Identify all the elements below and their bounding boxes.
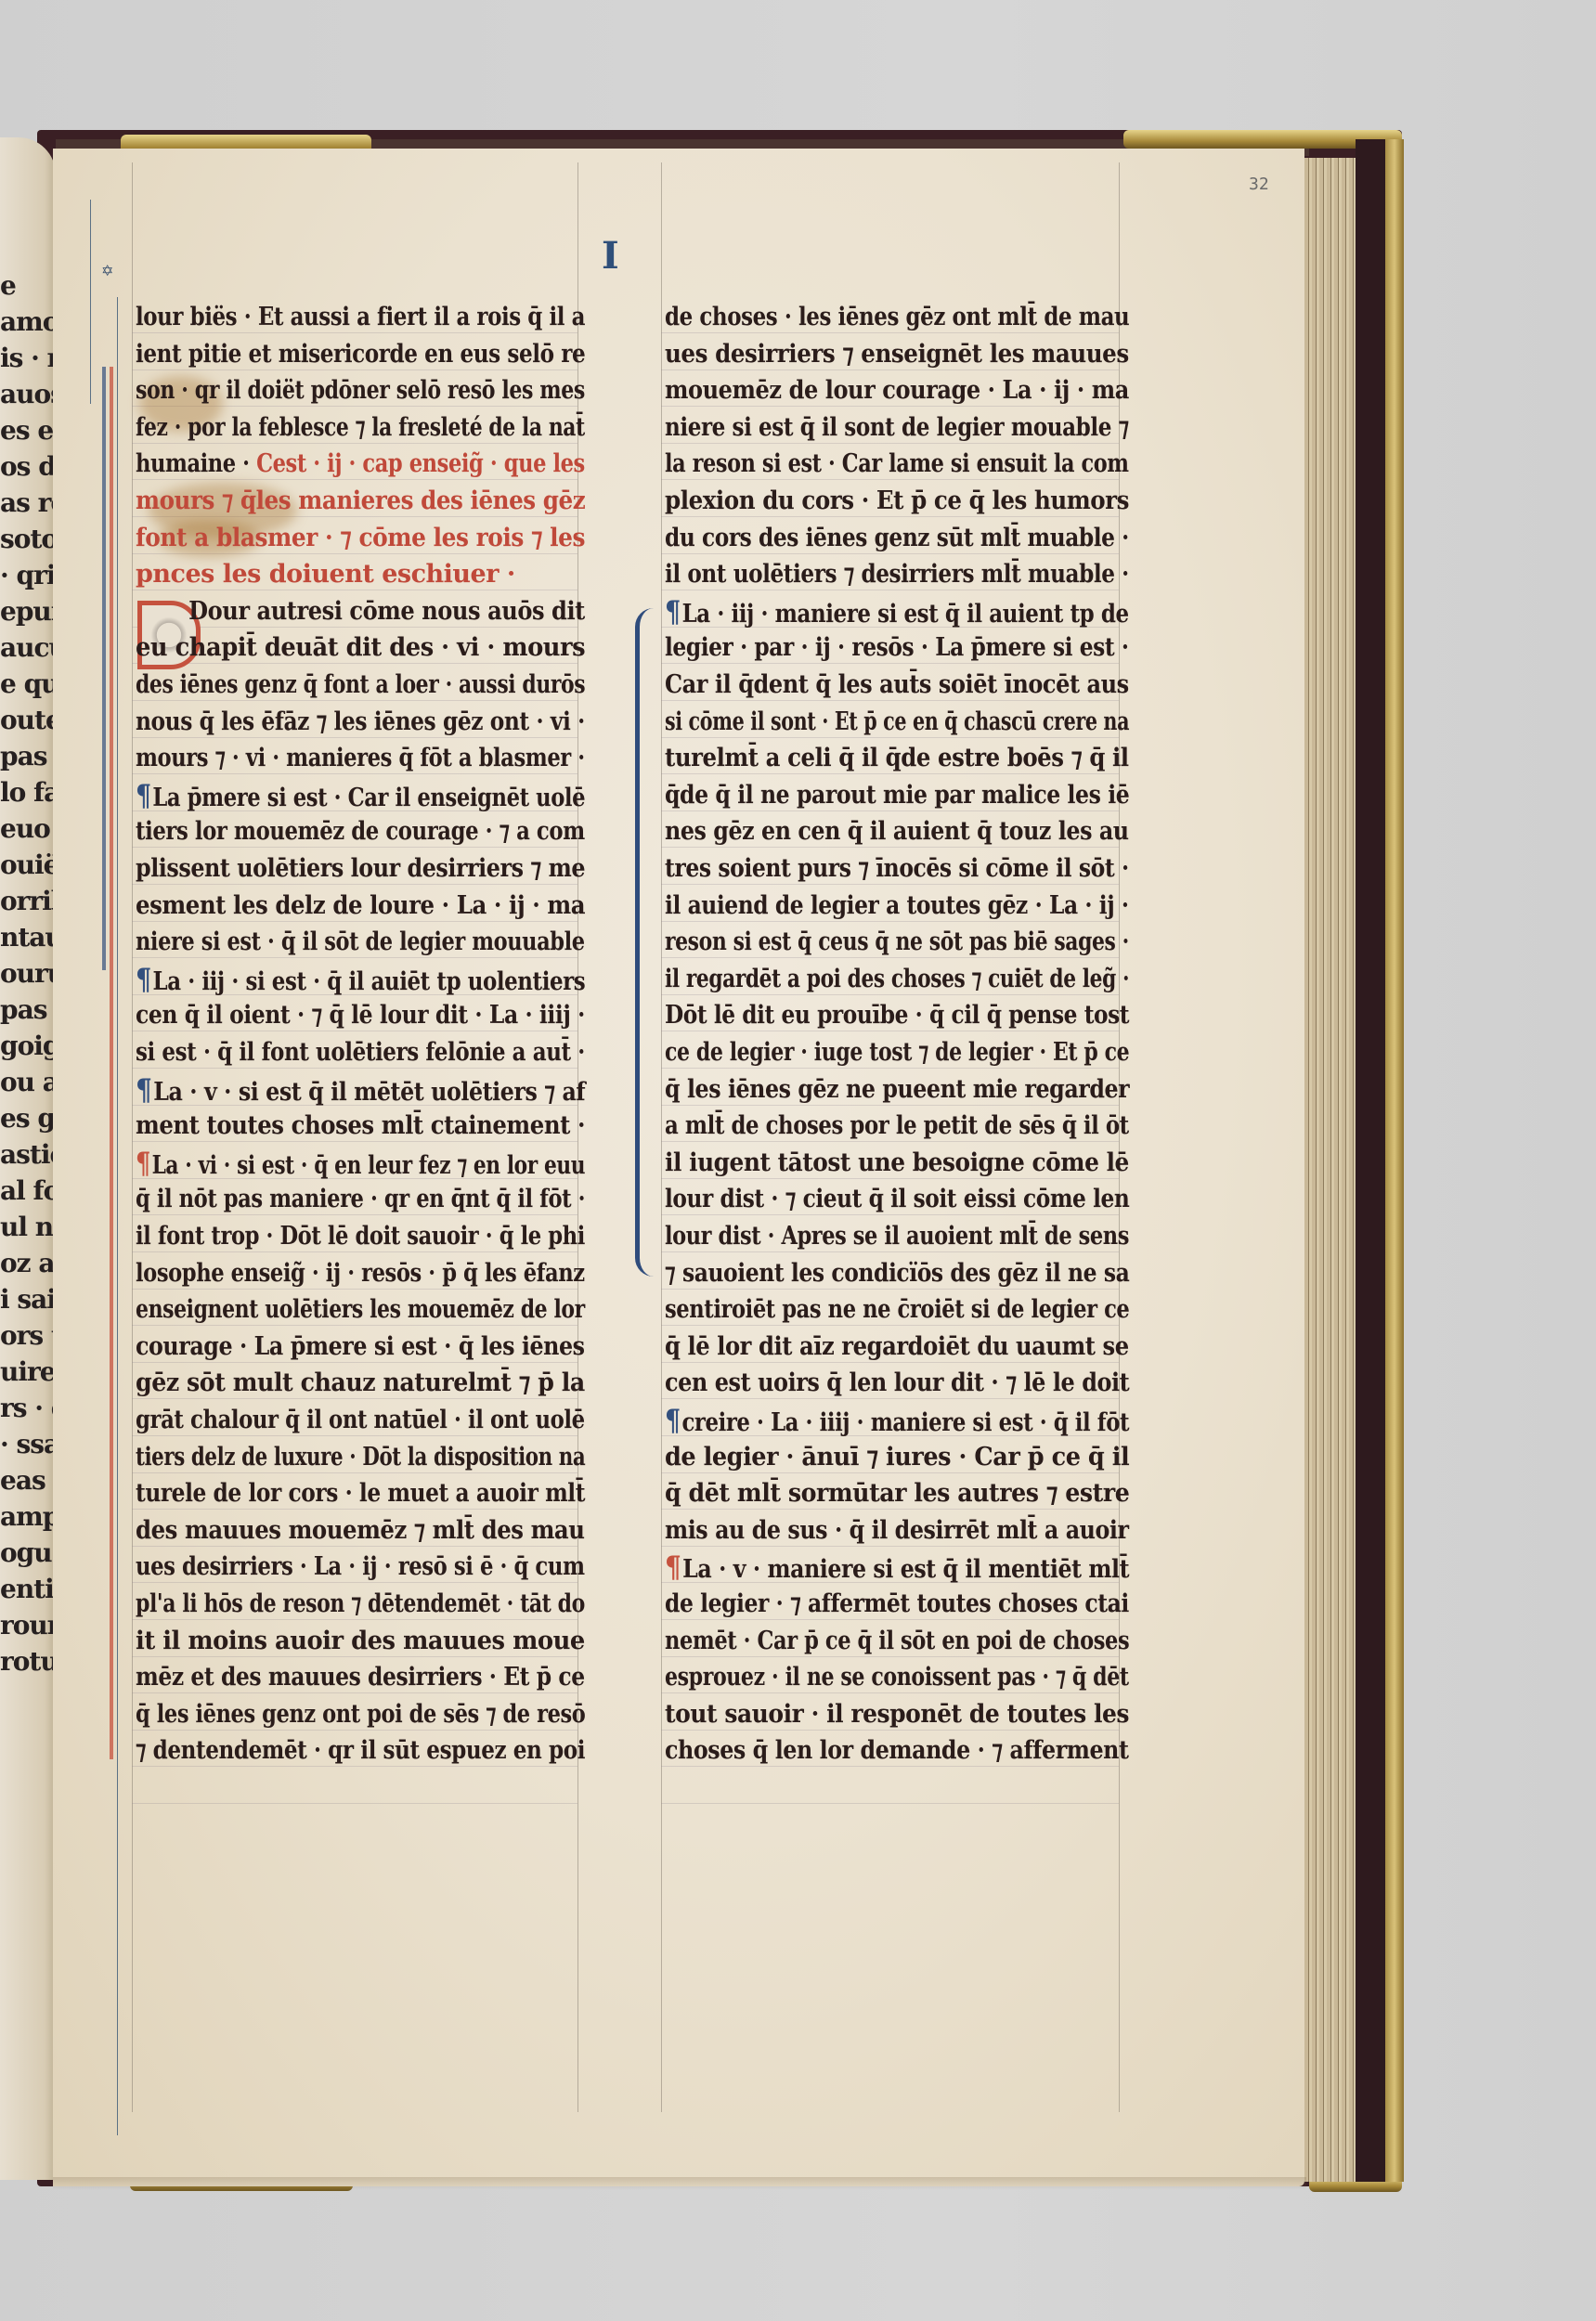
line-text: nemēt · Car p̄ ce q̄ il sōt en poi de ch… — [665, 1627, 1129, 1655]
line-text: ues desirriers ⁊ enseignēt les mauues — [665, 340, 1129, 369]
left-border-pen-line — [117, 297, 118, 2135]
text-line: q̄de q̄ il ne parout mie par malice les … — [665, 777, 1129, 814]
line-text: ⁊ sauoient les condicïōs des gēz il ne s… — [665, 1259, 1129, 1288]
text-line: ce de legier · iuge tost ⁊ de legier · E… — [665, 1034, 1129, 1071]
line-text: la reson si est · Car lame si ensuit la … — [665, 449, 1129, 478]
previous-page-text-fragment: rs · e — [0, 1394, 52, 1422]
star-ornament-icon: ✡ — [101, 262, 113, 279]
line-text: fez · por la feblesce ⁊ la fresleté de l… — [136, 413, 585, 442]
previous-page-text-fragment: al forv — [0, 1177, 52, 1205]
line-text: esprouez · il ne se conoissent pas · ⁊ q… — [665, 1663, 1129, 1692]
line-text: legier · par · ij · resōs · La p̄mere si… — [665, 633, 1129, 662]
text-line: esprouez · il ne se conoissent pas · ⁊ q… — [665, 1659, 1129, 1696]
ruling-vertical — [661, 162, 662, 2112]
line-text: ⁊ dentendemēt · qr il sūt espuez en poi — [136, 1736, 585, 1765]
previous-page-fragment: eamouris · rougauos dires enfanos dursas… — [0, 137, 56, 2180]
text-line: turele de lor cors · le muet a auoir mlt… — [136, 1475, 585, 1512]
previous-page-text-fragment: epuiët — [0, 598, 52, 626]
previous-page-text-fragment: goigne — [0, 1032, 52, 1060]
text-line: nous q̄ les ēfāz ⁊ les iēnes gēz ont · v… — [136, 704, 585, 741]
text-line: a mlt̄ de choses por le petit de sēs q̄ … — [665, 1108, 1129, 1145]
previous-page-text-fragment: auos dir — [0, 381, 52, 408]
text-line: ues desirriers · La · ij · resō si ē · q… — [136, 1549, 585, 1586]
blue-paragraph-mark: ¶ — [665, 593, 681, 630]
text-line: humaine · Cest · ij · cap enseig̃ · que … — [136, 446, 585, 483]
line-text: q̄de q̄ il ne parout mie par malice les … — [665, 781, 1129, 810]
text-line: ¶La · iij · si est · q̄ il auiēt tp uole… — [136, 961, 585, 998]
line-text: turelmt̄ a celi q̄ il q̄de estre boēs ⁊ … — [665, 744, 1129, 772]
text-line: niere si est · q̄ il sōt de legier mouua… — [136, 924, 585, 961]
line-text: tiers lor mouemēz de courage · ⁊ a com — [136, 817, 585, 846]
line-text: creire · La · iiij · maniere si est · q̄… — [681, 1408, 1129, 1437]
previous-page-text-fragment: aucuns — [0, 634, 52, 662]
text-line: plissent uolētiers lour desirriers ⁊ me — [136, 850, 585, 888]
left-border-red-bar — [110, 367, 113, 1759]
text-line: it il moins auoir des mauues moue — [136, 1623, 585, 1660]
previous-page-text-fragment: i sai — [0, 1286, 52, 1314]
text-line: tout sauoir · il responēt de toutes les — [665, 1696, 1129, 1733]
text-line: reson si est q̄ ceus q̄ ne sōt pas biē s… — [665, 924, 1129, 961]
text-line: turelmt̄ a celi q̄ il q̄de estre boēs ⁊ … — [665, 740, 1129, 777]
text-line: ⁊ dentendemēt · qr il sūt espuez en poi — [136, 1732, 585, 1770]
text-line: mours ⁊ q̄les manieres des iēnes gēz — [136, 483, 585, 520]
line-text: tiers delz de luxure · Dōt la dispositio… — [136, 1443, 585, 1472]
page-bottom-shadow — [53, 2177, 1306, 2190]
text-line: de legier · ānuī ⁊ iures · Car p̄ ce q̄ … — [665, 1439, 1129, 1476]
text-line: son · qr il doiët pdōner selō resō les m… — [136, 372, 585, 409]
blue-paragraph-mark: ¶ — [136, 1071, 151, 1109]
line-text: mis au de sus · q̄ il desirrēt mlt̄ a au… — [665, 1516, 1129, 1545]
previous-page-text-fragment: es enfan — [0, 417, 52, 445]
previous-page-text-fragment: es grib — [0, 1105, 52, 1133]
line-text: lour dist · ⁊ cieut q̄ il soit eissi cōm… — [665, 1185, 1129, 1213]
line-text: il regardēt a poi des choses ⁊ cuiēt de … — [665, 965, 1129, 993]
previous-page-text-fragment: ogu — [0, 1539, 52, 1567]
line-text: sentiroiēt pas ne ne c̄roiēt si de legie… — [665, 1295, 1129, 1324]
line-text: pnces les doiuent eschiuer · — [136, 560, 515, 589]
text-line: nes gēz en cen q̄ il auient q̄ touz les … — [665, 813, 1129, 850]
line-text: lour biës · Et aussi a fiert il a rois q… — [136, 303, 585, 331]
previous-page-text-fragment: pas ë e — [0, 996, 52, 1024]
red-paragraph-mark: ¶ — [136, 1145, 150, 1182]
line-text: niere si est · q̄ il sōt de legier mouua… — [136, 927, 585, 956]
line-text: esment les delz de loure · La · ij · ma — [136, 891, 585, 920]
line-text: son · qr il doiët pdōner selō resō les m… — [136, 376, 585, 405]
previous-page-text-fragment: pas estr — [0, 743, 52, 771]
text-line: q̄ lē lor dit aīz regardoiēt du uaumt se — [665, 1329, 1129, 1366]
line-text: Dōt lē dit eu prouībe · q̄ cil q̄ pense … — [665, 1001, 1129, 1030]
ruling-line — [661, 1803, 1119, 1804]
text-line: lour biës · Et aussi a fiert il a rois q… — [136, 299, 585, 336]
text-line: gēz sōt mult chauz naturelmt̄ ⁊ p̄ la — [136, 1365, 585, 1402]
text-line: tiers lor mouemēz de courage · ⁊ a com — [136, 813, 585, 850]
text-line: il ont uolētiers ⁊ desirriers mlt̄ muabl… — [665, 556, 1129, 593]
line-text: tres soient purs ⁊ īnocēs si cōme il sōt… — [665, 854, 1129, 883]
line-text: ient pitie et misericorde en eus selō re — [136, 340, 585, 369]
line-text: eu chapit̄ deuāt dit des · vi · mours — [136, 633, 585, 662]
line-text: il auiend de legier a toutes gēz · La · … — [665, 891, 1129, 920]
text-line: ¶La · v · si est q̄ il mētēt uolētiers ⁊… — [136, 1071, 585, 1109]
previous-page-text-fragment: sotoië — [0, 525, 52, 553]
line-text: reson si est q̄ ceus q̄ ne sōt pas biē s… — [665, 927, 1129, 956]
text-line: courage · La p̄mere si est · q̄ les iēne… — [136, 1329, 585, 1366]
line-text: a mlt̄ de choses por le petit de sēs q̄ … — [665, 1111, 1129, 1140]
previous-page-text-fragment: euo suff — [0, 815, 52, 843]
blue-paragraph-mark: ¶ — [665, 1402, 681, 1439]
text-line: il auiend de legier a toutes gēz · La · … — [665, 888, 1129, 925]
text-line: mis au de sus · q̄ il desirrēt mlt̄ a au… — [665, 1512, 1129, 1549]
text-line: q̄ les iēnes genz ont poi de sēs ⁊ de re… — [136, 1696, 585, 1733]
previous-page-text-fragment: entie — [0, 1575, 52, 1603]
line-text: q̄ les iēnes gēz ne pueent mie regarder — [665, 1075, 1129, 1104]
line-text: humaine · — [136, 449, 256, 478]
text-line: lour dist · Apres se il auoient mlt̄ de … — [665, 1218, 1129, 1255]
text-line: cen est uoirs q̄ len lour dit · ⁊ lē le … — [665, 1365, 1129, 1402]
text-line: Dōt lē dit eu prouībe · q̄ cil q̄ pense … — [665, 997, 1129, 1034]
line-text: de legier · ānuī ⁊ iures · Car p̄ ce q̄ … — [665, 1443, 1129, 1472]
line-text: des mauues mouemēz ⁊ mlt̄ des mau — [136, 1516, 585, 1545]
previous-page-text-fragment: rotu — [0, 1648, 52, 1676]
text-line: du cors des iēnes genz sūt mlt̄ muable · — [665, 520, 1129, 557]
line-text: it il moins auoir des mauues moue — [136, 1627, 585, 1655]
previous-page-text-fragment: ors ui — [0, 1322, 52, 1350]
line-text: q̄ lē lor dit aīz regardoiēt du uaumt se — [665, 1332, 1129, 1361]
line-text: il font trop · Dōt lē doit sauoir · q̄ l… — [136, 1222, 585, 1251]
previous-page-text-fragment: ntaume — [0, 924, 52, 952]
text-line: losophe enseig̃ · ij · resōs · p̄ q̄ les… — [136, 1255, 585, 1292]
text-line: de legier · ⁊ affermēt toutes choses cta… — [665, 1586, 1129, 1623]
text-line: plexion du cors · Et p̄ ce q̄ les humors — [665, 483, 1129, 520]
text-line: des iēnes genz q̄ font a loer · aussi du… — [136, 667, 585, 704]
line-text: de legier · ⁊ affermēt toutes choses cta… — [665, 1589, 1129, 1618]
previous-page-text-fragment: lo famu — [0, 779, 52, 807]
line-text: losophe enseig̃ · ij · resōs · p̄ q̄ les… — [136, 1259, 585, 1288]
previous-page-text-fragment: e qui — [0, 670, 52, 698]
running-head-numeral: I — [602, 234, 619, 278]
line-text: La p̄mere si est · Car il enseignēt uolē — [152, 784, 585, 812]
line-text: cen est uoirs q̄ len lour dit · ⁊ lē le … — [665, 1368, 1129, 1397]
line-text: plexion du cors · Et p̄ ce q̄ les humors — [665, 486, 1129, 515]
text-line: pnces les doiuent eschiuer · — [136, 556, 515, 593]
text-line: nemēt · Car p̄ ce q̄ il sōt en poi de ch… — [665, 1623, 1129, 1660]
previous-page-text-fragment: orribler — [0, 888, 52, 915]
previous-page-text-fragment: rour — [0, 1612, 52, 1640]
text-line: q̄ les iēnes gēz ne pueent mie regarder — [665, 1071, 1129, 1109]
line-text: ment toutes choses mlt̄ ctainement · — [136, 1111, 585, 1140]
text-line: ¶La · vi · si est · q̄ en leur fez ⁊ en … — [136, 1145, 585, 1182]
text-line: eu chapit̄ deuāt dit des · vi · mours — [136, 629, 585, 667]
text-line: ⁊ sauoient les condicïōs des gēz il ne s… — [665, 1255, 1129, 1292]
text-line: q̄ il nōt pas maniere · qr en q̄nt q̄ il… — [136, 1181, 585, 1218]
previous-page-text-fragment: e — [0, 272, 52, 300]
blue-paragraph-mark: ¶ — [136, 777, 151, 814]
line-text: cen q̄ il oient · ⁊ q̄ lē lour dit · La … — [136, 1001, 585, 1030]
line-text: mours ⁊ · vi · manieres q̄ fōt a blasmer… — [136, 744, 585, 772]
line-text: q̄ les iēnes genz ont poi de sēs ⁊ de re… — [136, 1700, 585, 1729]
line-text: turele de lor cors · le muet a auoir mlt… — [136, 1479, 585, 1508]
line-text: La · vi · si est · q̄ en leur fez ⁊ en l… — [152, 1151, 586, 1180]
text-line: legier · par · ij · resōs · La p̄mere si… — [665, 629, 1129, 667]
line-text: q̄ il nōt pas maniere · qr en q̄nt q̄ il… — [136, 1185, 585, 1213]
text-line: pl'a li hōs de reson ⁊ dētendemēt · tāt … — [136, 1586, 585, 1623]
text-line: cen q̄ il oient · ⁊ q̄ lē lour dit · La … — [136, 997, 585, 1034]
text-line: la reson si est · Car lame si ensuit la … — [665, 446, 1129, 483]
text-line: mēz et des mauues desirriers · Et p̄ ce — [136, 1659, 585, 1696]
line-text: courage · La p̄mere si est · q̄ les iēne… — [136, 1332, 585, 1361]
previous-page-text-fragment: · qrilsou — [0, 562, 52, 590]
ruling-vertical — [132, 162, 133, 2112]
text-line: si est · q̄ il font uolētiers felōnie a … — [136, 1034, 585, 1071]
text-line: tiers delz de luxure · Dōt la dispositio… — [136, 1439, 585, 1476]
line-text: grāt chalour q̄ il ont natūel · il ont u… — [136, 1406, 585, 1434]
line-text: mēz et des mauues desirriers · Et p̄ ce — [136, 1663, 585, 1692]
text-line: q̄ dēt mlt̄ sormūtar les autres ⁊ estre — [665, 1475, 1129, 1512]
text-line: ¶La · iij · maniere si est q̄ il auient … — [665, 593, 1129, 630]
text-line: fez · por la feblesce ⁊ la fresleté de l… — [136, 409, 585, 447]
previous-page-text-fragment: amour — [0, 308, 52, 336]
text-line: sentiroiēt pas ne ne c̄roiēt si de legie… — [665, 1291, 1129, 1329]
previous-page-text-fragment: ul nep — [0, 1213, 52, 1241]
text-line: ¶La p̄mere si est · Car il enseignēt uol… — [136, 777, 585, 814]
blue-paragraph-mark: ¶ — [136, 961, 151, 998]
line-text: La · v · maniere si est q̄ il mentiēt ml… — [682, 1555, 1129, 1584]
line-text: font a blasmer · ⁊ cōme les rois ⁊ les — [136, 524, 585, 552]
line-text: il iugent tātost une besoigne cōme lē — [665, 1148, 1129, 1177]
text-line: ment toutes choses mlt̄ ctainement · — [136, 1108, 585, 1145]
rubric-text: Cest · ij · cap enseig̃ · que les — [256, 449, 585, 478]
line-text: il ont uolētiers ⁊ desirriers mlt̄ muabl… — [665, 560, 1129, 589]
previous-page-text-fragment: eas ga — [0, 1467, 52, 1495]
line-text: gēz sōt mult chauz naturelmt̄ ⁊ p̄ la — [136, 1368, 585, 1397]
line-text: Dour autresi cōme nous auōs dit — [188, 597, 585, 626]
previous-page-text-fragment: oz alo — [0, 1250, 52, 1277]
line-text: ce de legier · iuge tost ⁊ de legier · E… — [665, 1038, 1129, 1067]
text-line: grāt chalour q̄ il ont natūel · il ont u… — [136, 1402, 585, 1439]
previous-page-text-fragment: as rois — [0, 489, 52, 517]
folio-number: 32 — [1249, 175, 1269, 194]
line-text: choses q̄ len lor demande · ⁊ afferment — [665, 1736, 1129, 1765]
line-text: q̄ dēt mlt̄ sormūtar les autres ⁊ estre — [665, 1479, 1129, 1508]
line-text: si est · q̄ il font uolētiers felōnie a … — [136, 1038, 585, 1067]
text-line: Car il q̄dent q̄ les aut̄s soiēt īnocēt … — [665, 667, 1129, 704]
previous-page-text-fragment: ouiër au — [0, 851, 52, 879]
line-text: des iēnes genz q̄ font a loer · aussi du… — [136, 670, 585, 699]
text-line: de choses · les iēnes gēz ont mlt̄ de ma… — [665, 299, 1129, 336]
text-line: mouemēz de lour courage · La · ij · ma — [665, 372, 1129, 409]
text-line: lour dist · ⁊ cieut q̄ il soit eissi cōm… — [665, 1181, 1129, 1218]
text-line: ¶La · v · maniere si est q̄ il mentiēt m… — [665, 1549, 1129, 1586]
text-line: enseignent uolētiers les mouemēz de lor — [136, 1291, 585, 1329]
text-line: des mauues mouemēz ⁊ mlt̄ des mau — [136, 1512, 585, 1549]
line-text: La · iij · maniere si est q̄ il auient t… — [682, 600, 1129, 629]
line-text: pl'a li hōs de reson ⁊ dētendemēt · tāt … — [136, 1589, 585, 1618]
text-line: ient pitie et misericorde en eus selō re — [136, 336, 585, 373]
text-line: il font trop · Dōt lē doit sauoir · q̄ l… — [136, 1218, 585, 1255]
left-margin-flourish-line — [90, 200, 91, 404]
text-line: il iugent tātost une besoigne cōme lē — [665, 1145, 1129, 1182]
page-fore-edge — [1304, 158, 1356, 2182]
line-text: plissent uolētiers lour desirriers ⁊ me — [136, 854, 585, 883]
line-text: niere si est q̄ il sont de legier mouabl… — [665, 413, 1129, 442]
line-text: La · iij · si est · q̄ il auiēt tp uolen… — [153, 967, 586, 996]
text-line: ¶creire · La · iiij · maniere si est · q… — [665, 1402, 1129, 1439]
text-line: choses q̄ len lor demande · ⁊ afferment — [665, 1732, 1129, 1770]
text-line: niere si est q̄ il sont de legier mouabl… — [665, 409, 1129, 447]
previous-page-text-fragment: ou atau — [0, 1069, 52, 1096]
previous-page-text-fragment: uire — [0, 1358, 52, 1386]
ruling-line — [132, 1803, 577, 1804]
left-border-blue-bar — [102, 367, 106, 970]
line-text: La · v · si est q̄ il mētēt uolētiers ⁊ … — [153, 1078, 585, 1107]
previous-page-text-fragment: outes uo — [0, 707, 52, 734]
previous-page-text-fragment: astier — [0, 1141, 52, 1169]
line-text: lour dist · Apres se il auoient mlt̄ de … — [665, 1222, 1129, 1251]
text-line: il regardēt a poi des choses ⁊ cuiēt de … — [665, 961, 1129, 998]
text-line: ues desirriers ⁊ enseignēt les mauues — [665, 336, 1129, 373]
line-text: nous q̄ les ēfāz ⁊ les iēnes gēz ont · v… — [136, 707, 585, 736]
text-line: Dour autresi cōme nous auōs dit — [136, 593, 585, 630]
line-text: enseignent uolētiers les mouemēz de lor — [136, 1295, 585, 1324]
line-text: si cōme il sont · Et p̄ ce en q̄ chascū … — [665, 707, 1129, 736]
text-line: font a blasmer · ⁊ cōme les rois ⁊ les — [136, 520, 585, 557]
line-text: nes gēz en cen q̄ il auient q̄ touz les … — [665, 817, 1129, 846]
text-line: tres soient purs ⁊ īnocēs si cōme il sōt… — [665, 850, 1129, 888]
red-paragraph-mark: ¶ — [665, 1549, 681, 1586]
right-column-blue-flourish — [635, 608, 656, 1277]
text-line: mours ⁊ · vi · manieres q̄ fōt a blasmer… — [136, 740, 585, 777]
line-text: tout sauoir · il responēt de toutes les — [665, 1700, 1129, 1729]
line-text: de choses · les iēnes gēz ont mlt̄ de ma… — [665, 303, 1129, 331]
gilt-edge-trim — [1385, 139, 1404, 2182]
previous-page-text-fragment: ourump — [0, 960, 52, 988]
previous-page-text-fragment: os durs — [0, 453, 52, 481]
line-text: mours ⁊ q̄les manieres des iēnes gēz — [136, 486, 585, 515]
previous-page-text-fragment: · ssa — [0, 1431, 52, 1459]
previous-page-text-fragment: is · roug — [0, 344, 52, 372]
line-text: ues desirriers · La · ij · resō si ē · q… — [136, 1552, 585, 1581]
text-line: si cōme il sont · Et p̄ ce en q̄ chascū … — [665, 704, 1129, 741]
text-line: esment les delz de loure · La · ij · ma — [136, 888, 585, 925]
line-text: mouemēz de lour courage · La · ij · ma — [665, 376, 1129, 405]
previous-page-text-fragment: amp — [0, 1503, 52, 1531]
line-text: Car il q̄dent q̄ les aut̄s soiēt īnocēt … — [665, 670, 1129, 699]
line-text: du cors des iēnes genz sūt mlt̄ muable · — [665, 524, 1129, 552]
